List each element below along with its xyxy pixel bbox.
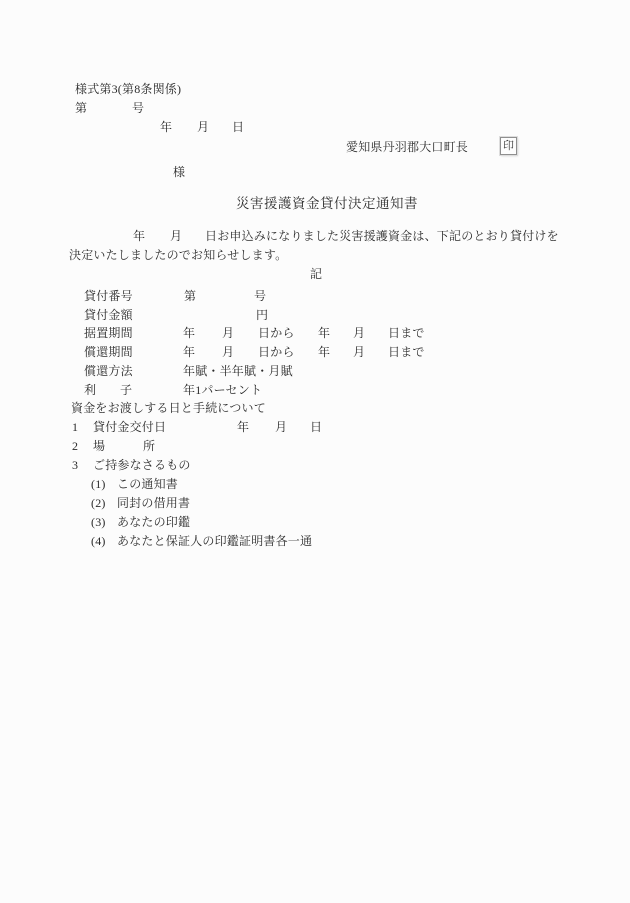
item1-label: 貸付金交付日 bbox=[93, 420, 166, 434]
loan-number-label: 貸付番号 bbox=[84, 289, 133, 303]
subitem-2-number: (2) bbox=[91, 496, 106, 510]
repayment-period-y2: 年 bbox=[318, 345, 330, 359]
subitem-4-text: あなたと保証人の印鑑証明書各一通 bbox=[117, 534, 312, 548]
doc-number-prefix: 第 bbox=[75, 101, 87, 115]
doc-number-suffix: 号 bbox=[132, 101, 144, 115]
body-month-label: 月 bbox=[170, 229, 182, 243]
repayment-method-value: 年賦・半年賦・月賦 bbox=[183, 364, 293, 378]
interest-value: 年1パーセント bbox=[183, 383, 262, 397]
item3-number: 3 bbox=[72, 458, 78, 472]
deferment-y1: 年 bbox=[183, 326, 195, 340]
repayment-period-d2: 日まで bbox=[388, 345, 425, 359]
item3-label: ご持参なさるもの bbox=[93, 458, 191, 472]
item1-year-label: 年 bbox=[237, 420, 249, 434]
item2-number: 2 bbox=[72, 439, 78, 453]
repayment-period-label: 償還期間 bbox=[84, 345, 133, 359]
procedure-heading: 資金をお渡しする日と手続について bbox=[71, 401, 266, 415]
repayment-period-y1: 年 bbox=[183, 345, 195, 359]
item2-label-1: 場 bbox=[93, 439, 105, 453]
interest-label-2: 子 bbox=[120, 383, 132, 397]
form-number: 様式第3(第8条関係) bbox=[75, 82, 181, 96]
deferment-m1: 月 bbox=[222, 326, 234, 340]
deferment-d1: 日から bbox=[258, 326, 295, 340]
body-year-label: 年 bbox=[133, 229, 145, 243]
document-page: 様式第3(第8条関係) 第 号 年 月 日 愛知県丹羽郡大口町長 印 様 災害援… bbox=[0, 0, 630, 903]
repayment-method-label: 償還方法 bbox=[84, 364, 133, 378]
body-line2: 決定いたしましたのでお知らせします。 bbox=[69, 248, 287, 262]
interest-label-1: 利 bbox=[84, 383, 96, 397]
addressee-honorific: 様 bbox=[173, 165, 185, 179]
item1-month-label: 月 bbox=[275, 420, 287, 434]
item1-day-label: 日 bbox=[310, 420, 322, 434]
seal-stamp-box: 印 bbox=[500, 137, 517, 155]
repayment-period-d1: 日から bbox=[258, 345, 295, 359]
subitem-2-text: 同封の借用書 bbox=[117, 496, 190, 510]
loan-number-prefix: 第 bbox=[184, 289, 196, 303]
loan-number-suffix: 号 bbox=[254, 289, 266, 303]
body-line1: 日お申込みになりました災害援護資金は、下記のとおり貸付けを bbox=[205, 229, 559, 243]
date-year-label: 年 bbox=[160, 120, 172, 134]
repayment-period-m1: 月 bbox=[222, 345, 234, 359]
item1-number: 1 bbox=[72, 420, 78, 434]
subitem-1-text: この通知書 bbox=[117, 477, 178, 491]
deferment-m2: 月 bbox=[353, 326, 365, 340]
record-mark: 記 bbox=[310, 267, 322, 281]
document-title: 災害援護資金貸付決定通知書 bbox=[236, 196, 418, 212]
subitem-4-number: (4) bbox=[91, 534, 106, 548]
deferment-y2: 年 bbox=[318, 326, 330, 340]
deferment-label: 据置期間 bbox=[84, 326, 133, 340]
subitem-3-text: あなたの印鑑 bbox=[117, 515, 190, 529]
loan-amount-label: 貸付金額 bbox=[84, 308, 133, 322]
issuer-title: 愛知県丹羽郡大口町長 bbox=[346, 140, 468, 154]
subitem-1-number: (1) bbox=[91, 477, 106, 491]
repayment-period-m2: 月 bbox=[353, 345, 365, 359]
date-month-label: 月 bbox=[197, 120, 209, 134]
loan-amount-unit: 円 bbox=[256, 308, 268, 322]
subitem-3-number: (3) bbox=[91, 515, 106, 529]
item2-label-2: 所 bbox=[143, 439, 155, 453]
deferment-d2: 日まで bbox=[388, 326, 425, 340]
date-day-label: 日 bbox=[232, 120, 244, 134]
